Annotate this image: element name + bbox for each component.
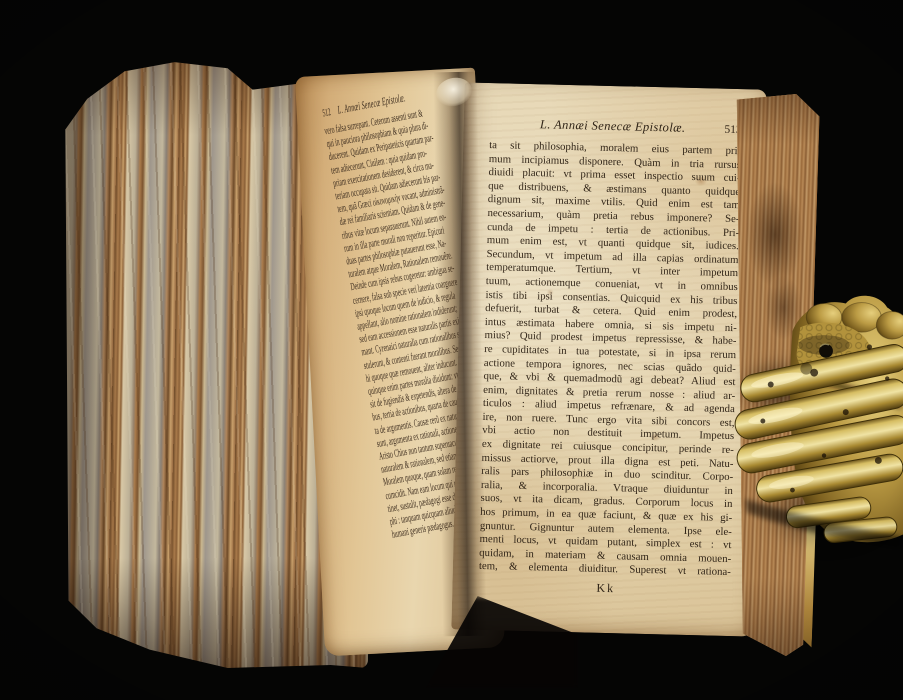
right-running-title: L. Annæi Senecæ Epistolæ. xyxy=(490,116,712,136)
photo-scene: 512 L. Annæi Senecæ Epistolæ. vero falsa… xyxy=(0,0,903,700)
brass-hand-clasp xyxy=(676,286,903,556)
left-page-number: 512 xyxy=(322,107,332,119)
right-page-header: L. Annæi Senecæ Epistolæ. 513 xyxy=(490,116,742,137)
signature-mark: Kk xyxy=(478,578,730,599)
